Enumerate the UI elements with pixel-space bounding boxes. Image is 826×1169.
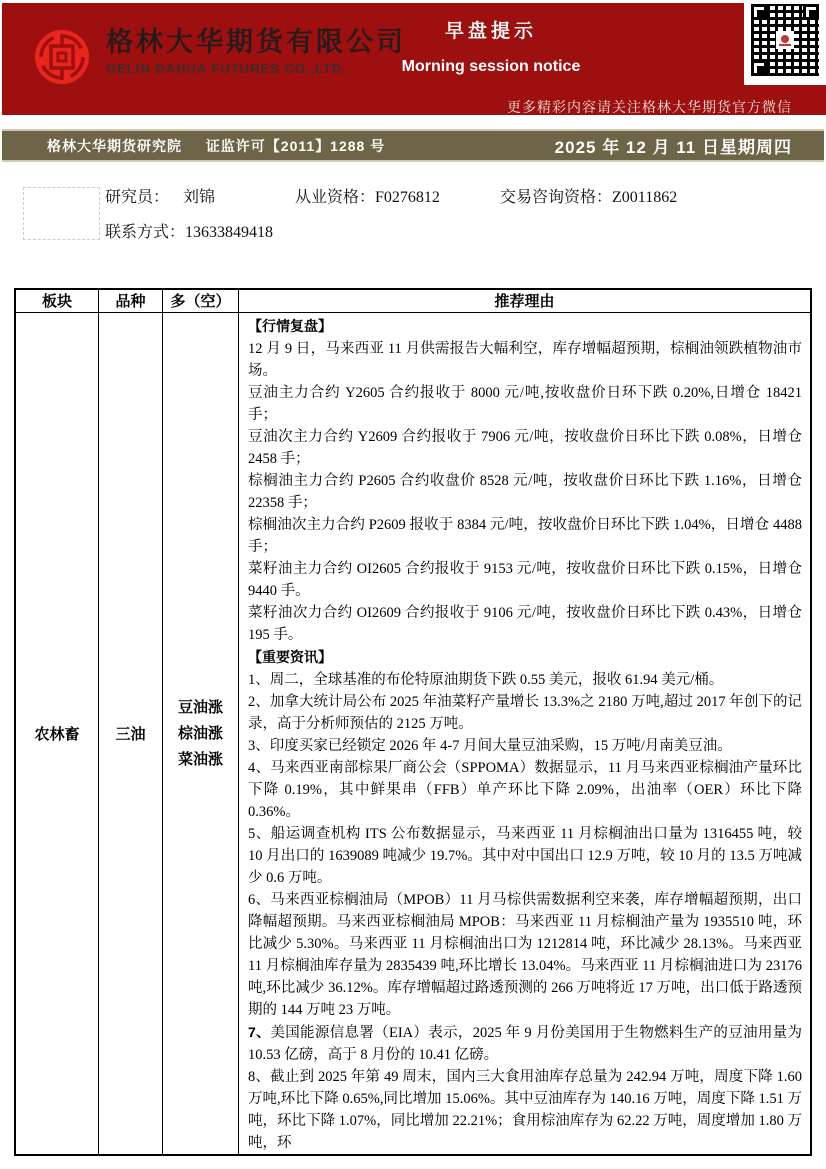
direction-rapeseed-oil: 菜油涨 xyxy=(178,747,223,773)
table-header-row: 板块 品种 多（空） 推荐理由 xyxy=(16,290,810,313)
morning-notice-page: 格林大华期货有限公司 GELIN DAHUA FUTURES CO.,LTD. … xyxy=(0,0,826,1169)
notice-title-cn: 早盘提示 xyxy=(381,16,601,43)
top-banner: 格林大华期货有限公司 GELIN DAHUA FUTURES CO.,LTD. … xyxy=(2,3,826,115)
empty-frame-placeholder xyxy=(23,187,100,240)
notice-title-block: 早盘提示 Morning session notice xyxy=(381,16,601,76)
contact-label: 联系方式： xyxy=(105,224,185,241)
variety-cell: 三油 xyxy=(99,313,163,1154)
notice-title-en: Morning session notice xyxy=(381,58,601,76)
company-name-en: GELIN DAHUA FUTURES CO.,LTD. xyxy=(106,61,406,76)
reason-paragraph: 4、马来西亚南部棕果厂商公会（SPPOMA）数据显示，11 月马来西亚棕榈油产量… xyxy=(248,757,802,823)
qr-finder-icon xyxy=(751,4,767,20)
direction-cell: 豆油涨 棕油涨 菜油涨 xyxy=(163,313,239,1154)
reason-paragraph: 8、截止到 2025 年第 49 周末，国内三大食用油库存总量为 242.94 … xyxy=(248,1066,802,1154)
practice-license-no: F0276812 xyxy=(375,189,440,206)
practice-license-field: 从业资格：F0276812 xyxy=(295,184,440,207)
direction-soy-oil: 豆油涨 xyxy=(178,695,223,721)
advisory-license-no: Z0011862 xyxy=(612,189,677,206)
contact-number: 13633849418 xyxy=(185,224,273,241)
researcher-name: 刘锦 xyxy=(183,189,215,206)
reason-paragraph: 12 月 9 日，马来西亚 11 月供需报告大幅利空，库存增幅超预期，棕榈油领跌… xyxy=(248,338,802,382)
reason-paragraph: 棕榈油主力合约 P2605 合约收盘价 8528 元/吨，按收盘价日环比下跌 1… xyxy=(248,470,802,514)
reason-paragraph: 5、船运调查机构 ITS 公布数据显示，马来西亚 11 月棕榈油出口量为 131… xyxy=(248,823,802,889)
company-name-block: 格林大华期货有限公司 GELIN DAHUA FUTURES CO.,LTD. xyxy=(106,27,406,76)
reason-paragraph: 菜籽油主力合约 OI2605 合约报收于 9153 元/吨，按收盘价日环比下跌 … xyxy=(248,558,802,602)
reason-paragraph: 7、美国能源信息署（EIA）表示，2025 年 9 月份美国用于生物燃料生产的豆… xyxy=(248,1021,802,1066)
wechat-qr-code xyxy=(744,0,826,85)
reason-paragraph: 1、周二，全球基准的布伦特原油期货下跌 0.55 美元，报收 61.94 美元/… xyxy=(248,669,802,691)
company-name-cn: 格林大华期货有限公司 xyxy=(106,27,406,57)
wechat-follow-note: 更多精彩内容请关注格林大华期货官方微信 xyxy=(507,97,792,117)
direction-palm-oil: 棕油涨 xyxy=(178,721,223,747)
reason-paragraph: 6、马来西亚棕榈油局（MPOB）11 月马棕供需数据利空来袭，库存增幅超预期，出… xyxy=(248,889,802,1021)
reason-cell: 【行情复盘】12 月 9 日，马来西亚 11 月供需报告大幅利空，库存增幅超预期… xyxy=(239,313,810,1154)
qr-center-logo-icon xyxy=(776,31,794,49)
col-header-direction: 多（空） xyxy=(163,290,239,313)
sector-cell: 农林畜 xyxy=(16,313,99,1154)
practice-license-label: 从业资格： xyxy=(295,189,375,206)
csrc-license-no: 证监许可【2011】1288 号 xyxy=(206,138,385,154)
qr-finder-icon xyxy=(751,60,767,76)
reason-paragraph: 【重要资讯】 xyxy=(248,646,802,669)
col-header-reason: 推荐理由 xyxy=(239,290,810,313)
advisory-license-field: 交易咨询资格：Z0011862 xyxy=(500,184,677,207)
institute-license: 格林大华期货研究院 证监许可【2011】1288 号 xyxy=(47,136,385,156)
report-date: 2025 年 12 月 11 日星期周四 xyxy=(555,133,792,158)
company-coin-logo-icon xyxy=(32,27,92,87)
reason-paragraph: 3、印度买家已经锁定 2026 年 4-7 月间大量豆油采购，15 万吨/月南美… xyxy=(248,735,802,757)
contact-field: 联系方式：13633849418 xyxy=(105,219,273,242)
reason-paragraph: 菜籽油次力合约 OI2609 合约报收于 9106 元/吨，按收盘价日环比下跌 … xyxy=(248,602,802,646)
reason-paragraph: 【行情复盘】 xyxy=(248,315,802,338)
researcher-label: 研究员： xyxy=(105,189,169,206)
col-header-variety: 品种 xyxy=(99,290,163,313)
researcher-name-field: 研究员：刘锦 xyxy=(105,184,215,207)
recommendation-table: 板块 品种 多（空） 推荐理由 农林畜 三油 豆油涨 棕油涨 菜油涨 【行情复盘… xyxy=(14,288,812,1156)
reason-paragraph: 棕榈油次主力合约 P2609 报收于 8384 元/吨，按收盘价日环比下跌 1.… xyxy=(248,514,802,558)
reason-paragraph: 豆油主力合约 Y2605 合约报收于 8000 元/吨,按收盘价日环下跌 0.2… xyxy=(248,382,802,426)
table-row: 农林畜 三油 豆油涨 棕油涨 菜油涨 【行情复盘】12 月 9 日，马来西亚 1… xyxy=(16,313,810,1154)
col-header-sector: 板块 xyxy=(16,290,99,313)
reason-paragraph: 豆油次主力合约 Y2609 合约报收于 7906 元/吨，按收盘价日环比下跌 0… xyxy=(248,426,802,470)
reason-paragraph: 2、加拿大统计局公布 2025 年油菜籽产量增长 13.3%之 2180 万吨,… xyxy=(248,691,802,735)
qr-pattern xyxy=(751,4,819,76)
advisory-license-label: 交易咨询资格： xyxy=(500,189,612,206)
institute-name: 格林大华期货研究院 xyxy=(47,138,182,154)
qr-finder-icon xyxy=(803,4,819,20)
institute-date-bar: 格林大华期货研究院 证监许可【2011】1288 号 2025 年 12 月 1… xyxy=(2,129,824,162)
